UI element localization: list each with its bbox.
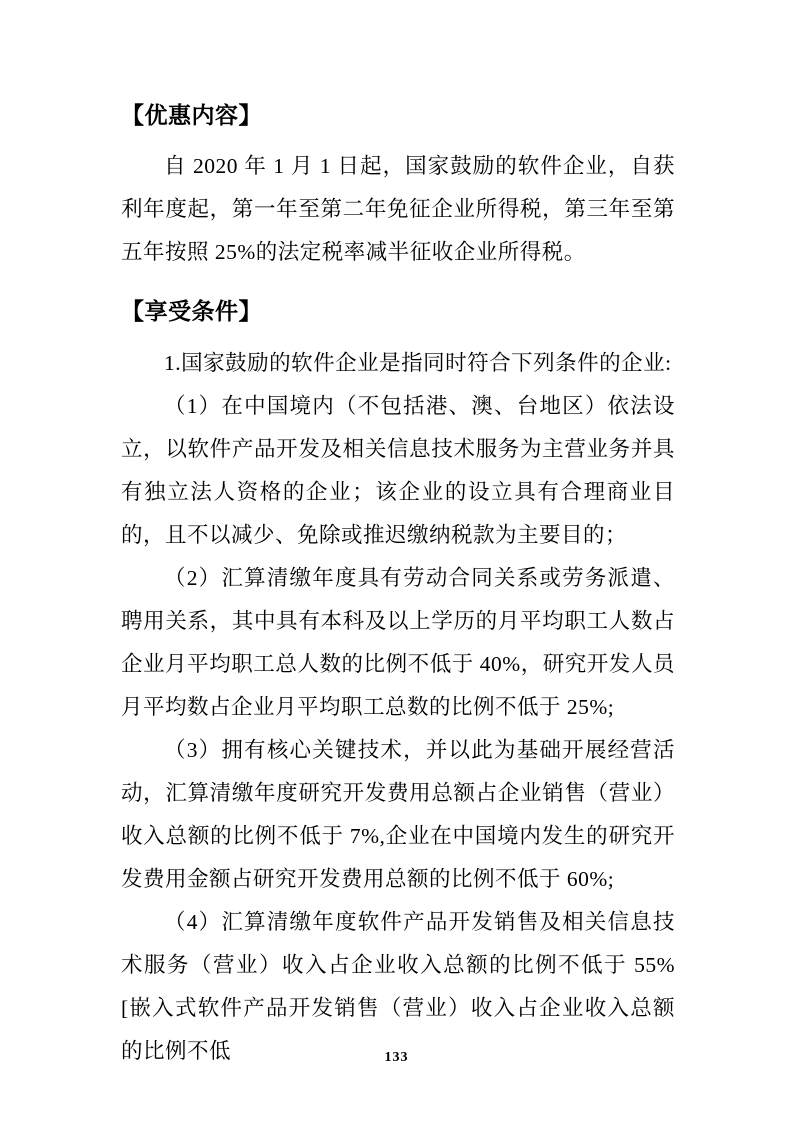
document-page: 【优惠内容】 自 2020 年 1 月 1 日起，国家鼓励的软件企业，自获利年度…	[0, 0, 793, 1122]
preferential-content-heading: 【优惠内容】	[121, 102, 675, 130]
section-eligibility-conditions: 【享受条件】 1.国家鼓励的软件企业是指同时符合下列条件的企业: （1）在中国境…	[121, 298, 675, 1073]
conditions-intro-paragraph: 1.国家鼓励的软件企业是指同时符合下列条件的企业:	[121, 342, 675, 385]
page-number: 133	[385, 1050, 409, 1065]
page-footer: 133	[0, 1048, 793, 1066]
condition-2-paragraph: （2）汇算清缴年度具有劳动合同关系或劳务派遣、聘用关系，其中具有本科及以上学历的…	[121, 557, 675, 729]
eligibility-conditions-heading: 【享受条件】	[121, 298, 675, 326]
condition-1-paragraph: （1）在中国境内（不包括港、澳、台地区）依法设立，以软件产品开发及相关信息技术服…	[121, 385, 675, 557]
section-preferential-content: 【优惠内容】 自 2020 年 1 月 1 日起，国家鼓励的软件企业，自获利年度…	[121, 102, 675, 274]
condition-3-paragraph: （3）拥有核心关键技术，并以此为基础开展经营活动，汇算清缴年度研究开发费用总额占…	[121, 729, 675, 901]
preferential-content-paragraph: 自 2020 年 1 月 1 日起，国家鼓励的软件企业，自获利年度起，第一年至第…	[121, 145, 675, 274]
